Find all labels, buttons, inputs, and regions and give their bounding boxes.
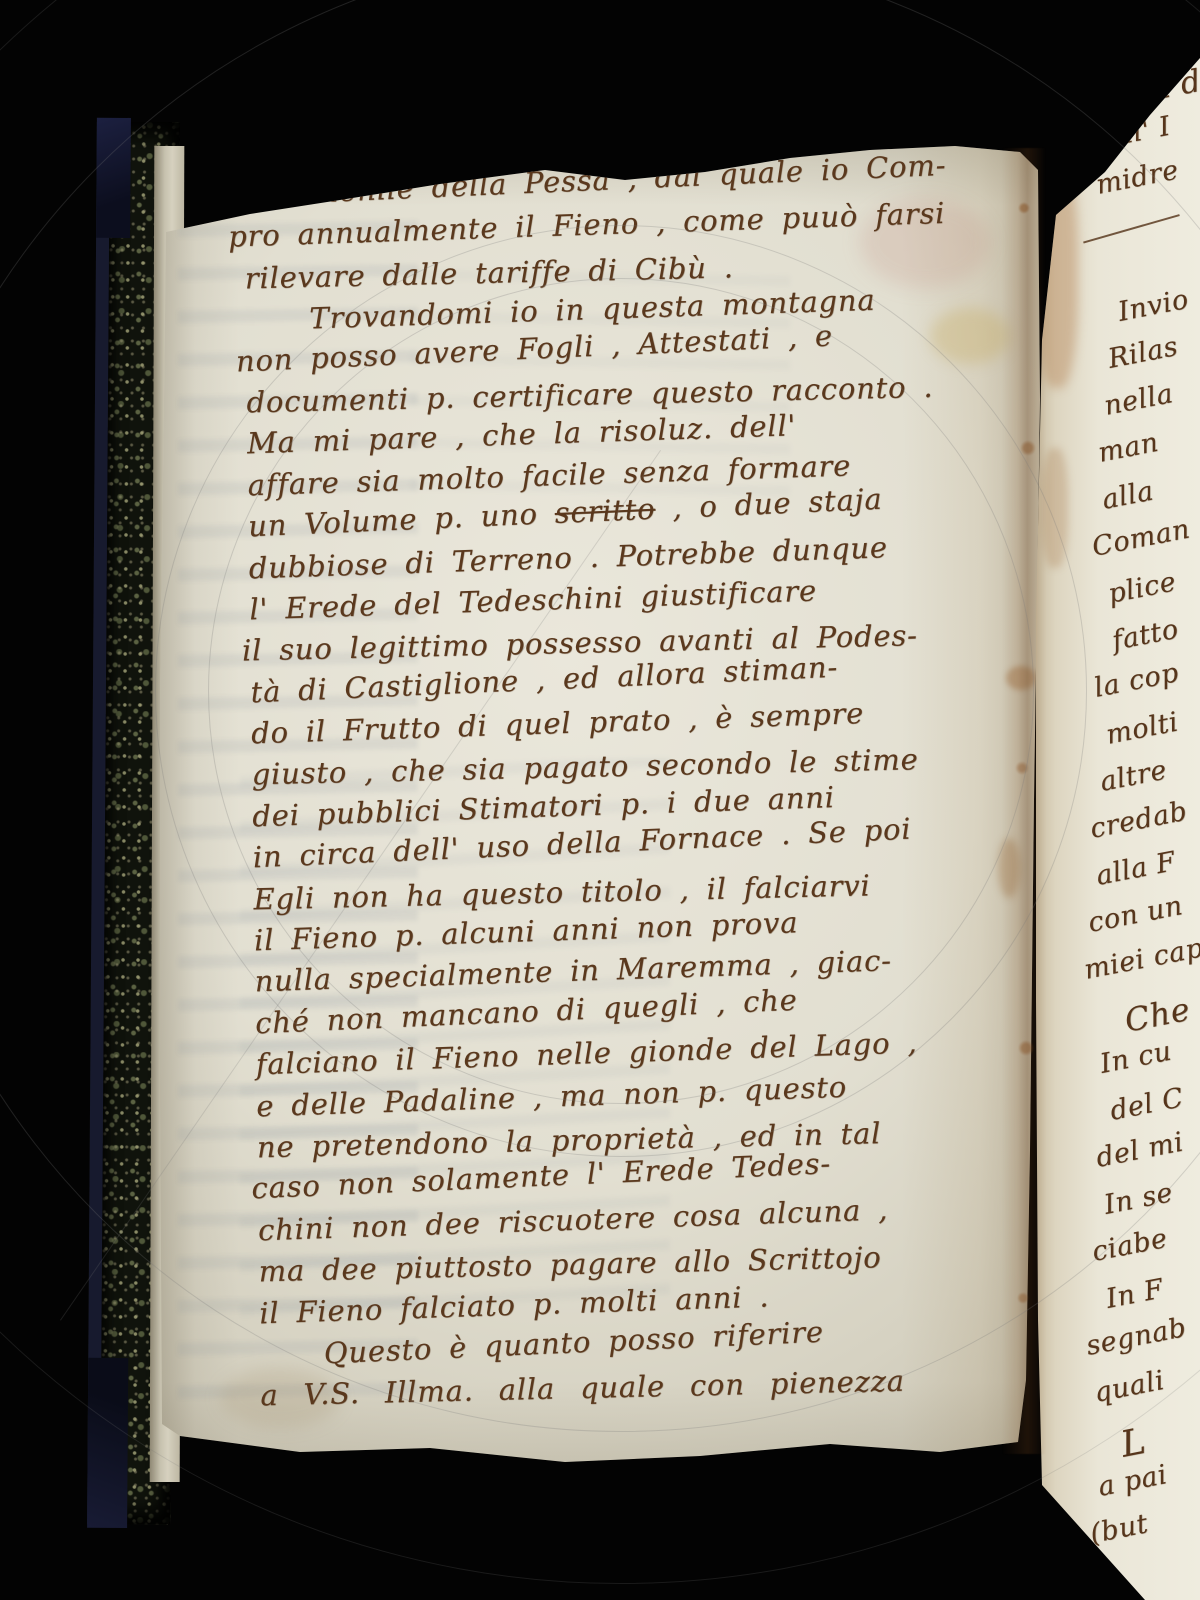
line-text: , o due staja <box>655 482 884 526</box>
book-gutter <box>1002 148 1046 1454</box>
right-page-text: La deAll' ImidreInvioRilasnellamanallaCo… <box>1086 76 1200 1566</box>
right-page: La deAll' ImidreInvioRilasnellamanallaCo… <box>1036 28 1200 1600</box>
left-page-text: nel Fienile della Pessa , dal quale io C… <box>243 165 1030 1417</box>
divider-rule <box>1078 191 1200 296</box>
spine-corner-bottom <box>87 1358 128 1528</box>
manuscript-photo: nel Fienile della Pessa , dal quale io C… <box>0 0 1200 1600</box>
spine-corner-top <box>96 118 131 238</box>
struck-word: scritto <box>554 492 656 530</box>
left-page: nel Fienile della Pessa , dal quale io C… <box>160 138 1042 1490</box>
